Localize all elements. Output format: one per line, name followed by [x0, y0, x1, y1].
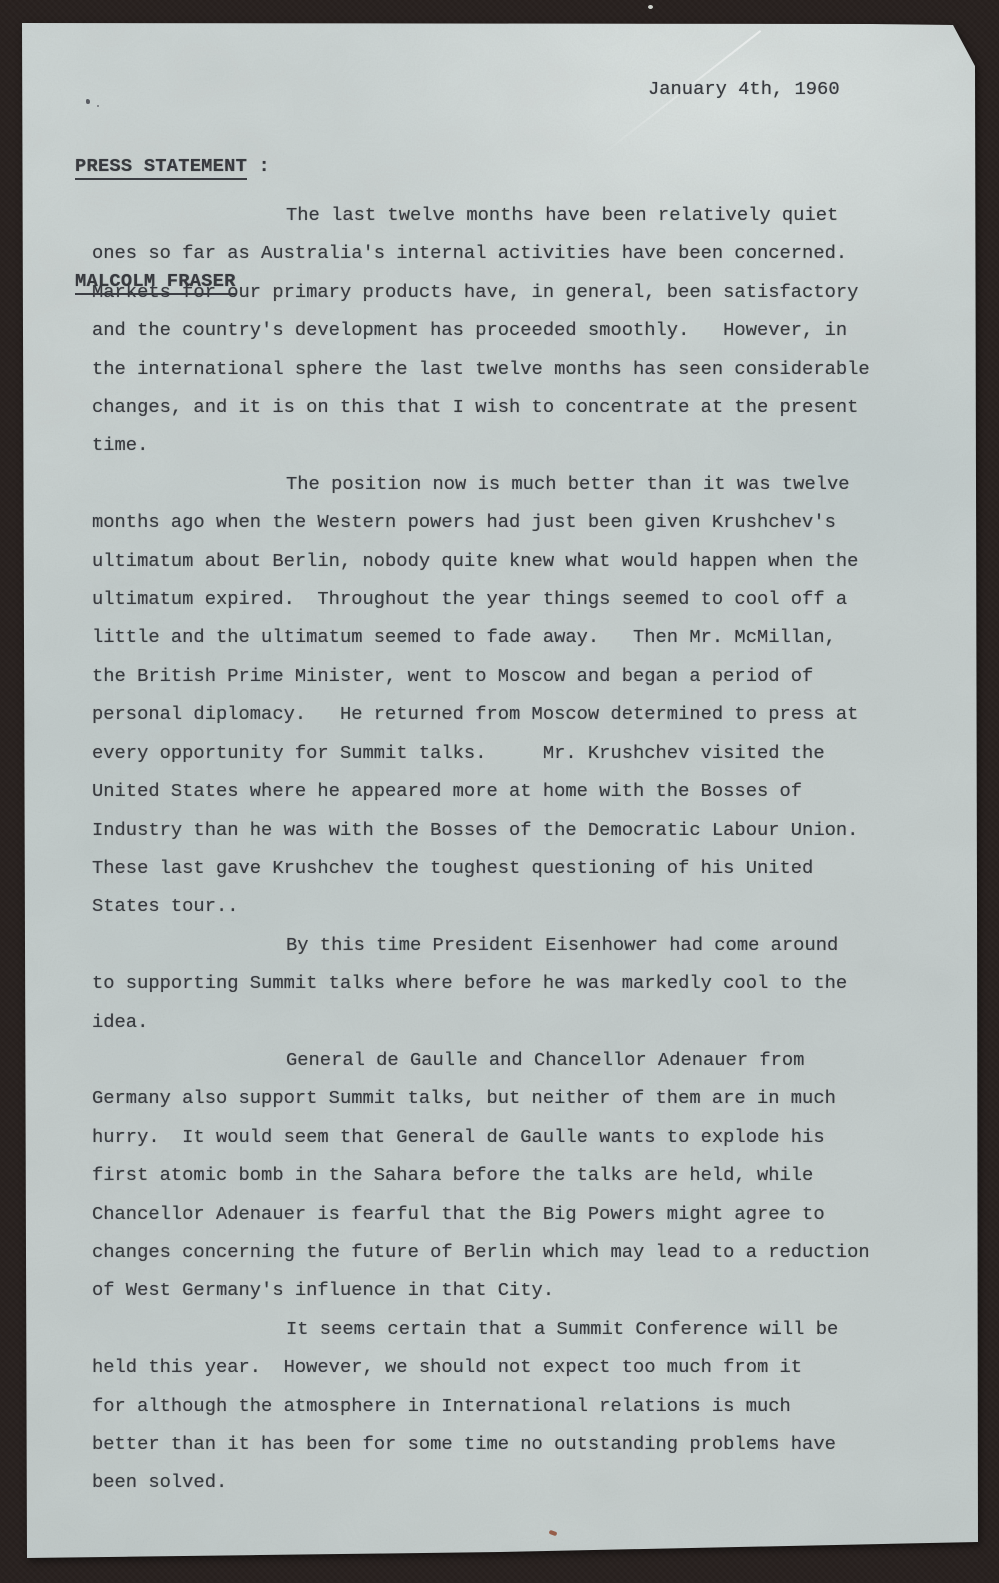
text-line: time. [92, 426, 922, 464]
text-line: idea. [92, 1003, 922, 1041]
text-line: the international sphere the last twelve… [92, 350, 922, 388]
text-line: States tour.. [92, 887, 922, 925]
text-line: Chancellor Adenauer is fearful that the … [92, 1195, 922, 1233]
paper-wrapper: PRESS STATEMENT : MALCOLM FRASER January… [0, 0, 999, 1583]
text-line: for although the atmosphere in Internati… [92, 1387, 922, 1425]
text-line: months ago when the Western powers had j… [92, 503, 922, 541]
text-line: first atomic bomb in the Sahara before t… [92, 1156, 922, 1194]
text-line: to supporting Summit talks where before … [92, 964, 922, 1002]
text-line: ones so far as Australia's internal acti… [92, 234, 922, 272]
text-line: hurry. It would seem that General de Gau… [92, 1118, 922, 1156]
text-line: Industry than he was with the Bosses of … [92, 811, 922, 849]
text-line: By this time President Eisenhower had co… [92, 926, 922, 964]
press-statement-title-colon: : [247, 155, 270, 177]
text-line: held this year. However, we should not e… [92, 1348, 922, 1386]
press-statement-title: PRESS STATEMENT : [75, 147, 270, 185]
text-line: of West Germany's influence in that City… [92, 1271, 922, 1309]
text-line: The last twelve months have been relativ… [92, 196, 922, 234]
text-line: been solved. [92, 1463, 922, 1501]
text-line: every opportunity for Summit talks. Mr. … [92, 734, 922, 772]
text-line: personal diplomacy. He returned from Mos… [92, 695, 922, 733]
stray-ink-dot [97, 105, 99, 107]
text-line: better than it has been for some time no… [92, 1425, 922, 1463]
date: January 4th, 1960 [648, 70, 840, 108]
text-line: ultimatum expired. Throughout the year t… [92, 580, 922, 618]
stray-ink-mark [86, 99, 90, 104]
photo-background: PRESS STATEMENT : MALCOLM FRASER January… [0, 0, 999, 1583]
text-line: United States where he appeared more at … [92, 772, 922, 810]
text-line: changes concerning the future of Berlin … [92, 1233, 922, 1271]
dust-speck [648, 5, 653, 9]
paper-sheet: PRESS STATEMENT : MALCOLM FRASER January… [0, 0, 999, 1583]
text-line: General de Gaulle and Chancellor Adenaue… [92, 1041, 922, 1079]
document-body: The last twelve months have been relativ… [92, 196, 922, 1502]
text-line: ultimatum about Berlin, nobody quite kne… [92, 542, 922, 580]
text-line: little and the ultimatum seemed to fade … [92, 618, 922, 656]
document-text-layer: PRESS STATEMENT : MALCOLM FRASER January… [0, 0, 999, 1583]
press-statement-title-text: PRESS STATEMENT [75, 155, 247, 180]
text-line: the British Prime Minister, went to Mosc… [92, 657, 922, 695]
text-line: and the country's development has procee… [92, 311, 922, 349]
text-line: These last gave Krushchev the toughest q… [92, 849, 922, 887]
text-line: Germany also support Summit talks, but n… [92, 1079, 922, 1117]
text-line: changes, and it is on this that I wish t… [92, 388, 922, 426]
text-line: Markets for our primary products have, i… [92, 273, 922, 311]
text-line: It seems certain that a Summit Conferenc… [92, 1310, 922, 1348]
text-line: The position now is much better than it … [92, 465, 922, 503]
